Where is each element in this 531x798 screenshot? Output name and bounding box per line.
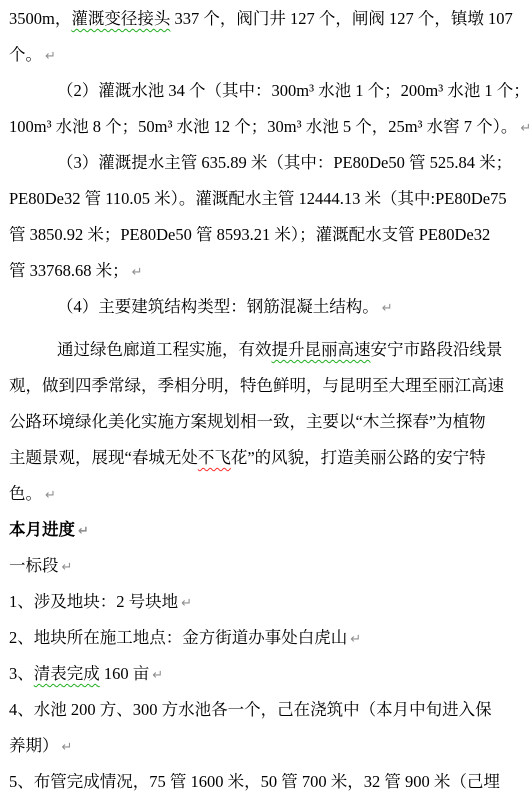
text-run: 色。	[9, 484, 42, 503]
text-run: 160 亩	[100, 664, 150, 683]
text-line: 通过绿色廊道工程实施，有效提升昆丽高速安宁市路段沿线景	[9, 332, 522, 368]
paragraph-mark-icon: ↵	[62, 740, 73, 755]
text-line: 3500m，灌溉变径接头 337 个，阀门井 127 个，闸阀 127 个，镇墩…	[9, 1, 522, 37]
text-line: 4、水池 200 方、300 方水池各一个，己在浇筑中（本月中旬进入保	[9, 692, 522, 728]
paragraph-mark-icon: ↵	[45, 488, 56, 503]
text-line: 管 33768.68 米；↵	[9, 253, 522, 289]
text-run: 养期）	[9, 736, 59, 755]
text-line: 观，做到四季常绿，季相分明，特色鲜明，与昆明至大理至丽江高速	[9, 368, 522, 404]
text-run: 2、地块所在施工地点：金方街道办事处白虎山	[9, 628, 347, 647]
text-line: 5、布管完成情况，75 管 1600 米，50 管 700 米，32 管 900…	[9, 764, 522, 798]
text-run: 5、布管完成情况，75 管 1600 米，50 管 700 米，32 管 900…	[9, 772, 500, 791]
text-run: 4、水池 200 方、300 方水池各一个，己在浇筑中（本月中旬进入保	[9, 700, 492, 719]
paragraph-mark-icon: ↵	[132, 265, 143, 280]
text-line: （2）灌溉水池 34 个（其中：300m³ 水池 1 个；200m³ 水池 1 …	[9, 73, 522, 109]
text-run: 管 3850.92 米；PE80De50 管 8593.21 米）；灌溉配水支管…	[9, 225, 490, 244]
text-run: （3）灌溉提水主管 635.89 米（其中：PE80De50 管 525.84 …	[57, 153, 512, 172]
text-run: 主题景观，展现“春城无处	[9, 448, 198, 467]
text-run: 安宁市路段沿线景	[371, 340, 503, 359]
paragraph-mark-icon: ↵	[78, 524, 89, 539]
text-run: 一标段	[9, 556, 59, 575]
paragraph-mark-icon: ↵	[62, 560, 73, 575]
paragraph-mark-icon: ↵	[181, 596, 192, 611]
text-line: 3、清表完成 160 亩↵	[9, 656, 522, 692]
text-line: 公路环境绿化美化实施方案规划相一致，主要以“木兰探春”为植物	[9, 404, 522, 440]
text-line: （3）灌溉提水主管 635.89 米（其中：PE80De50 管 525.84 …	[9, 145, 522, 181]
text-line: 2、地块所在施工地点：金方街道办事处白虎山↵	[9, 620, 522, 656]
text-line: 管 3850.92 米；PE80De50 管 8593.21 米）；灌溉配水支管…	[9, 217, 522, 253]
document-body[interactable]: 3500m，灌溉变径接头 337 个，阀门井 127 个，闸阀 127 个，镇墩…	[0, 0, 531, 798]
text-line: 100m³ 水池 8 个；50m³ 水池 12 个；30m³ 水池 5 个，25…	[9, 109, 522, 145]
text-run: （2）灌溉水池 34 个（其中：300m³ 水池 1 个；200m³ 水池 1 …	[57, 81, 530, 100]
misspelled-text-run: 清表完成	[34, 664, 100, 683]
text-run: 3500m，	[9, 9, 71, 28]
text-line: 1、涉及地块：2 号块地↵	[9, 584, 522, 620]
misspelled-text-run: 提升昆丽高速	[272, 340, 371, 359]
text-run: 花”的风貌，打造美丽公路的安宁特	[231, 448, 486, 467]
paragraph-mark-icon: ↵	[152, 668, 163, 683]
text-run: 3、	[9, 664, 34, 683]
text-run: 337 个，阀门井 127 个，闸阀 127 个，镇墩 107	[170, 9, 512, 28]
text-run: 观，做到四季常绿，季相分明，特色鲜明，与昆明至大理至丽江高速	[9, 376, 504, 395]
text-line: PE80De32 管 110.05 米）。灌溉配水主管 12444.13 米（其…	[9, 181, 522, 217]
text-line: （4）主要建筑结构类型：钢筋混凝土结构。↵	[9, 289, 522, 325]
text-line: 主题景观，展现“春城无处不飞花”的风貌，打造美丽公路的安宁特	[9, 440, 522, 476]
heading-monthly-progress: 本月进度↵	[9, 512, 522, 548]
text-run: PE80De32 管 110.05 米）。灌溉配水主管 12444.13 米（其…	[9, 189, 507, 208]
misspelled-text-run: 灌溉变径接头	[71, 9, 170, 28]
text-line: 个。↵	[9, 37, 522, 73]
paragraph-mark-icon: ↵	[350, 632, 361, 647]
paragraph-mark-icon: ↵	[45, 49, 56, 64]
text-run: 1、涉及地块：2 号块地	[9, 592, 178, 611]
text-run: 通过绿色廊道工程实施，有效	[57, 340, 272, 359]
text-run: 本月进度	[9, 520, 75, 539]
misspelled-text-run: 不飞	[198, 448, 231, 467]
text-line: 养期）↵	[9, 728, 522, 764]
text-line: 色。↵	[9, 476, 522, 512]
text-run: （4）主要建筑结构类型：钢筋混凝土结构。	[57, 297, 379, 316]
section-label-bid-one: 一标段↵	[9, 548, 522, 584]
paragraph-mark-icon: ↵	[520, 121, 531, 136]
text-run: 100m³ 水池 8 个；50m³ 水池 12 个；30m³ 水池 5 个，25…	[9, 117, 517, 136]
text-run: 管 33768.68 米；	[9, 261, 129, 280]
text-run: 个。	[9, 45, 42, 64]
paragraph-mark-icon: ↵	[382, 301, 393, 316]
text-run: 公路环境绿化美化实施方案规划相一致，主要以“木兰探春”为植物	[9, 412, 486, 431]
